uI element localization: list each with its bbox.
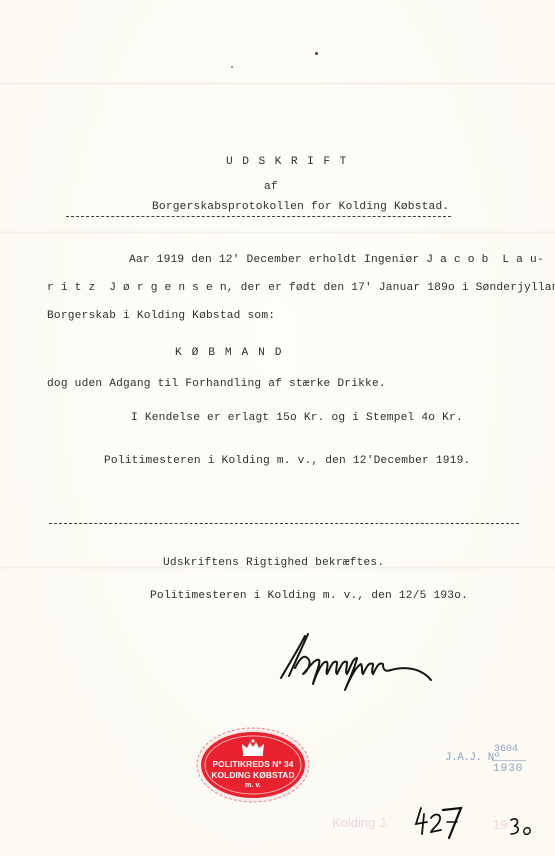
certification-signed: Politimesteren i Kolding m. v., den 12/5… xyxy=(150,589,468,603)
fees: I Kendelse er erlagt 15o Kr. og i Stempe… xyxy=(131,411,463,425)
paper-fold xyxy=(0,82,555,85)
journal-stamp-prefix: J.A.J. Nº xyxy=(445,752,500,764)
issued-line: Politimesteren i Kolding m. v., den 12'D… xyxy=(104,454,470,468)
crown-icon xyxy=(240,739,266,757)
seal-line-2: KOLDING KØBSTAD xyxy=(195,770,311,780)
body-line-1: Aar 1919 den 12' December erholdt Ingeni… xyxy=(129,253,544,267)
journal-stamp-year: 1930 xyxy=(493,763,523,775)
document-title: U D S K R I F T xyxy=(226,155,348,169)
paper-speck xyxy=(315,52,318,55)
handwritten-year xyxy=(508,816,538,840)
handwritten-number xyxy=(413,802,473,842)
document-subtitle: af xyxy=(264,180,278,194)
certification-statement: Udskriftens Rigtighed bekræftes. xyxy=(163,556,384,570)
footer-stamp-year-prefix: 19 xyxy=(493,817,507,832)
paper-fold xyxy=(0,231,555,234)
signature xyxy=(275,632,440,694)
footer-stamp-text: Kolding J. xyxy=(332,815,389,830)
seal-line-3: m. v. xyxy=(195,781,311,791)
header-dashed-rule xyxy=(66,216,451,217)
register-name: Borgerskabsprotokollen for Kolding Købst… xyxy=(152,200,449,214)
body-line-3: Borgerskab i Kolding Købstad som: xyxy=(47,309,275,323)
body-line-2: r i t z J ø r g e n s e n, der er født d… xyxy=(47,281,555,295)
journal-stamp-number: 3604 xyxy=(494,744,518,755)
document-page: U D S K R I F T af Borgerskabsprotokolle… xyxy=(0,0,555,856)
profession: K Ø B M A N D xyxy=(175,346,283,360)
police-seal: POLITIKREDS Nº 34 KOLDING KØBSTAD m. v. xyxy=(195,726,311,804)
seal-line-1: POLITIKREDS Nº 34 xyxy=(195,759,311,769)
paper-speck xyxy=(231,66,233,68)
restriction: dog uden Adgang til Forhandling af stærk… xyxy=(47,377,386,391)
journal-stamp-rule xyxy=(492,760,526,761)
body-dashed-rule xyxy=(49,523,519,524)
